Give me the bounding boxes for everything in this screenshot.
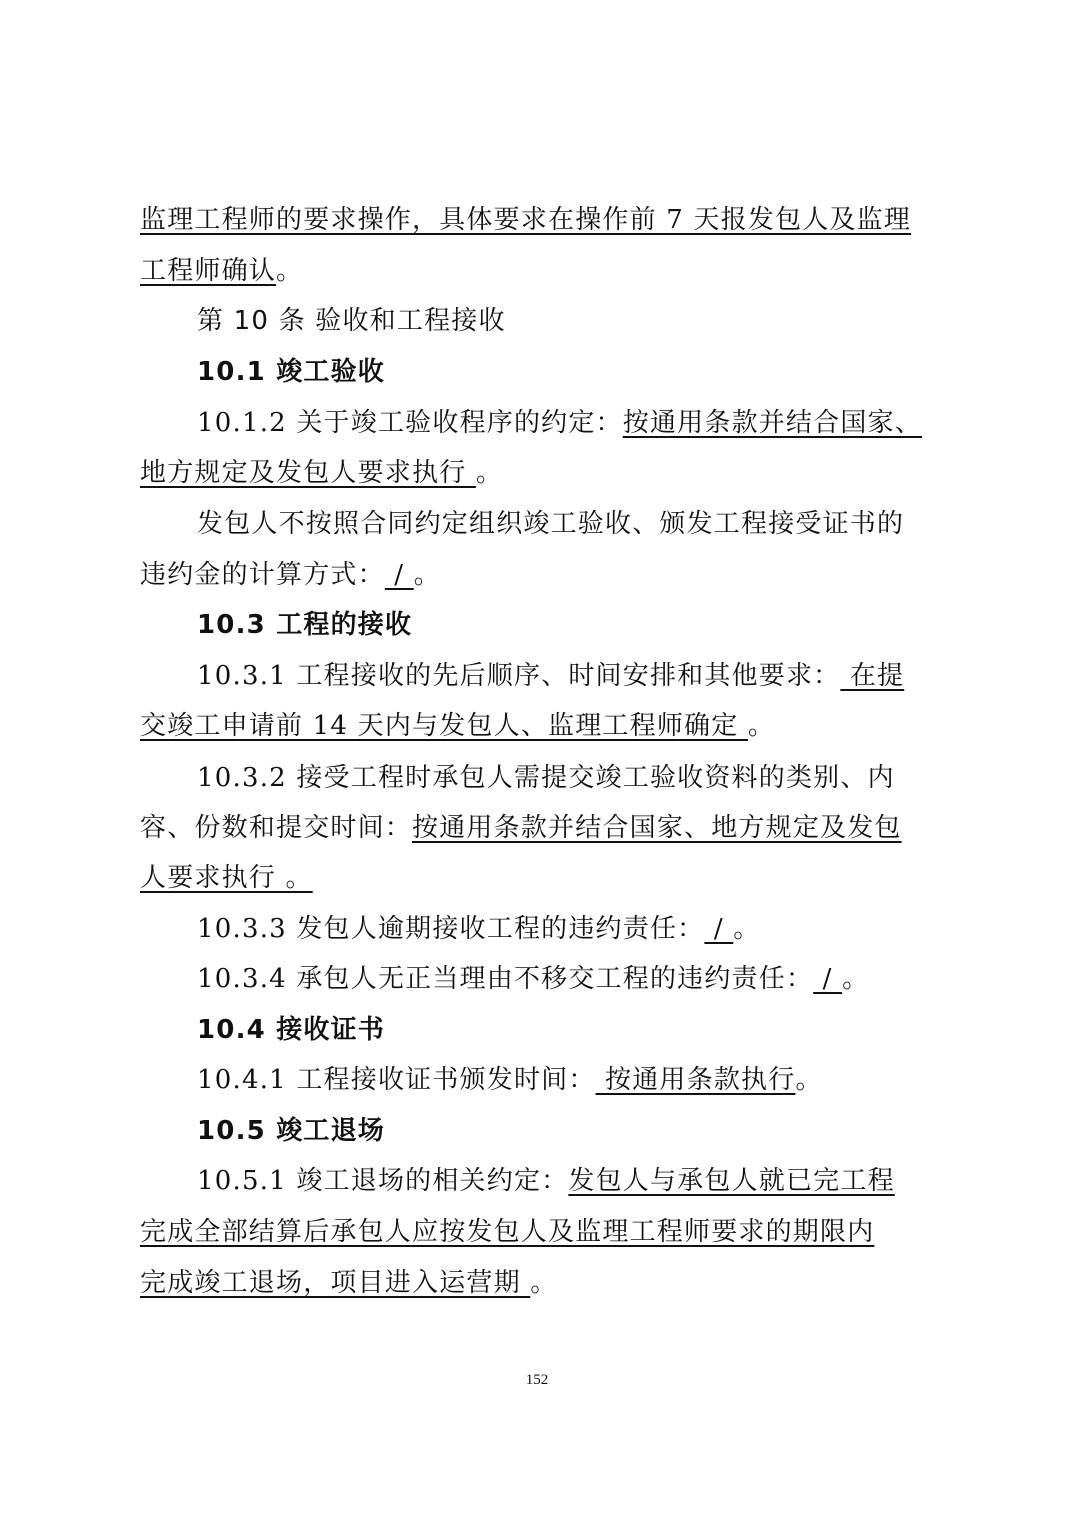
- underlined-text: 工程师确认: [140, 256, 276, 286]
- text: 。: [748, 711, 775, 741]
- text: 违约金的计算方式：: [140, 560, 385, 590]
- underlined-text: 地方规定及发包人要求执行: [140, 458, 476, 488]
- text-line: 工程师确认。: [140, 255, 303, 287]
- underlined-text: 完成竣工退场，项目进入运营期: [140, 1268, 530, 1298]
- text-line: 违约金的计算方式： / 。: [140, 559, 441, 591]
- text: 10.1.2 关于竣工验收程序的约定：: [197, 408, 623, 438]
- underlined-blank: /: [704, 914, 733, 944]
- heading-text: 10.1 竣工验收: [197, 357, 385, 387]
- text: 。: [476, 458, 503, 488]
- text-line: 交竣工申请前 14 天内与发包人、监理工程师确定 。: [140, 710, 775, 742]
- text: 容、份数和提交时间：: [140, 813, 412, 843]
- underlined-blank: /: [385, 560, 414, 590]
- page-number: 152: [0, 1372, 1074, 1389]
- section-heading: 10.5 竣工退场: [197, 1115, 385, 1147]
- text-line: 完成竣工退场，项目进入运营期 。: [140, 1267, 557, 1299]
- text-line: 容、份数和提交时间：按通用条款并结合国家、地方规定及发包: [140, 812, 902, 844]
- underlined-text: 发包人与承包人就已完工程: [568, 1166, 894, 1196]
- underlined-text: 人要求执行 。: [140, 863, 313, 893]
- heading-text: 10.4 接收证书: [197, 1015, 385, 1045]
- text: 10.5.1 竣工退场的相关约定：: [197, 1166, 568, 1196]
- text-line: 10.3.4 承包人无正当理由不移交工程的违约责任： / 。: [197, 963, 869, 995]
- text: 10.4.1 工程接收证书颁发时间：: [197, 1065, 596, 1095]
- underlined-text: 完成全部结算后承包人应按发包人及监理工程师要求的期限内: [140, 1217, 874, 1247]
- section-heading: 10.3 工程的接收: [197, 609, 412, 641]
- underlined-blank: /: [813, 964, 842, 994]
- text-line: 10.4.1 工程接收证书颁发时间： 按通用条款执行。: [197, 1064, 823, 1096]
- heading-text: 第 10 条 验收和工程接收: [197, 306, 506, 336]
- text: 。: [530, 1268, 557, 1298]
- heading-text: 10.3 工程的接收: [197, 610, 412, 640]
- text: 。: [733, 914, 760, 944]
- underlined-text: 按通用条款并结合国家、: [623, 408, 922, 438]
- underlined-text: 按通用条款执行: [596, 1065, 796, 1095]
- text: 10.3.1 工程接收的先后顺序、时间安排和其他要求：: [197, 661, 840, 691]
- text-line: 地方规定及发包人要求执行 。: [140, 457, 503, 489]
- text: 10.3.2 接受工程时承包人需提交竣工验收资料的类别、内: [197, 763, 895, 793]
- text: 。: [795, 1065, 822, 1095]
- underlined-text: 交竣工申请前 14 天内与发包人、监理工程师确定: [140, 711, 748, 741]
- section-heading: 10.4 接收证书: [197, 1014, 385, 1046]
- text-line: 10.3.3 发包人逾期接收工程的违约责任： / 。: [197, 913, 760, 945]
- underlined-text: 在提: [840, 661, 904, 691]
- text: 10.3.4 承包人无正当理由不移交工程的违约责任：: [197, 964, 813, 994]
- text-line: 人要求执行 。: [140, 862, 313, 894]
- section-heading: 10.1 竣工验收: [197, 356, 385, 388]
- underlined-text: 按通用条款并结合国家、地方规定及发包: [412, 813, 902, 843]
- text-line: 发包人不按照合同约定组织竣工验收、颁发工程接受证书的: [197, 508, 904, 540]
- text-line: 10.3.2 接受工程时承包人需提交竣工验收资料的类别、内: [197, 762, 895, 794]
- text: 发包人不按照合同约定组织竣工验收、颁发工程接受证书的: [197, 509, 904, 539]
- underlined-text: 监理工程师的要求操作，具体要求在操作前 7 天报发包人及监理: [140, 205, 911, 235]
- text-line: 10.1.2 关于竣工验收程序的约定：按通用条款并结合国家、: [197, 407, 922, 439]
- article-heading: 第 10 条 验收和工程接收: [197, 305, 506, 337]
- text-line: 监理工程师的要求操作，具体要求在操作前 7 天报发包人及监理: [140, 204, 911, 236]
- text: 。: [842, 964, 869, 994]
- text-line: 完成全部结算后承包人应按发包人及监理工程师要求的期限内: [140, 1216, 874, 1248]
- text: 10.3.3 发包人逾期接收工程的违约责任：: [197, 914, 704, 944]
- text: 。: [414, 560, 441, 590]
- text: 。: [276, 256, 303, 286]
- text-line: 10.5.1 竣工退场的相关约定：发包人与承包人就已完工程: [197, 1165, 895, 1197]
- heading-text: 10.5 竣工退场: [197, 1116, 385, 1146]
- text-line: 10.3.1 工程接收的先后顺序、时间安排和其他要求： 在提: [197, 660, 904, 692]
